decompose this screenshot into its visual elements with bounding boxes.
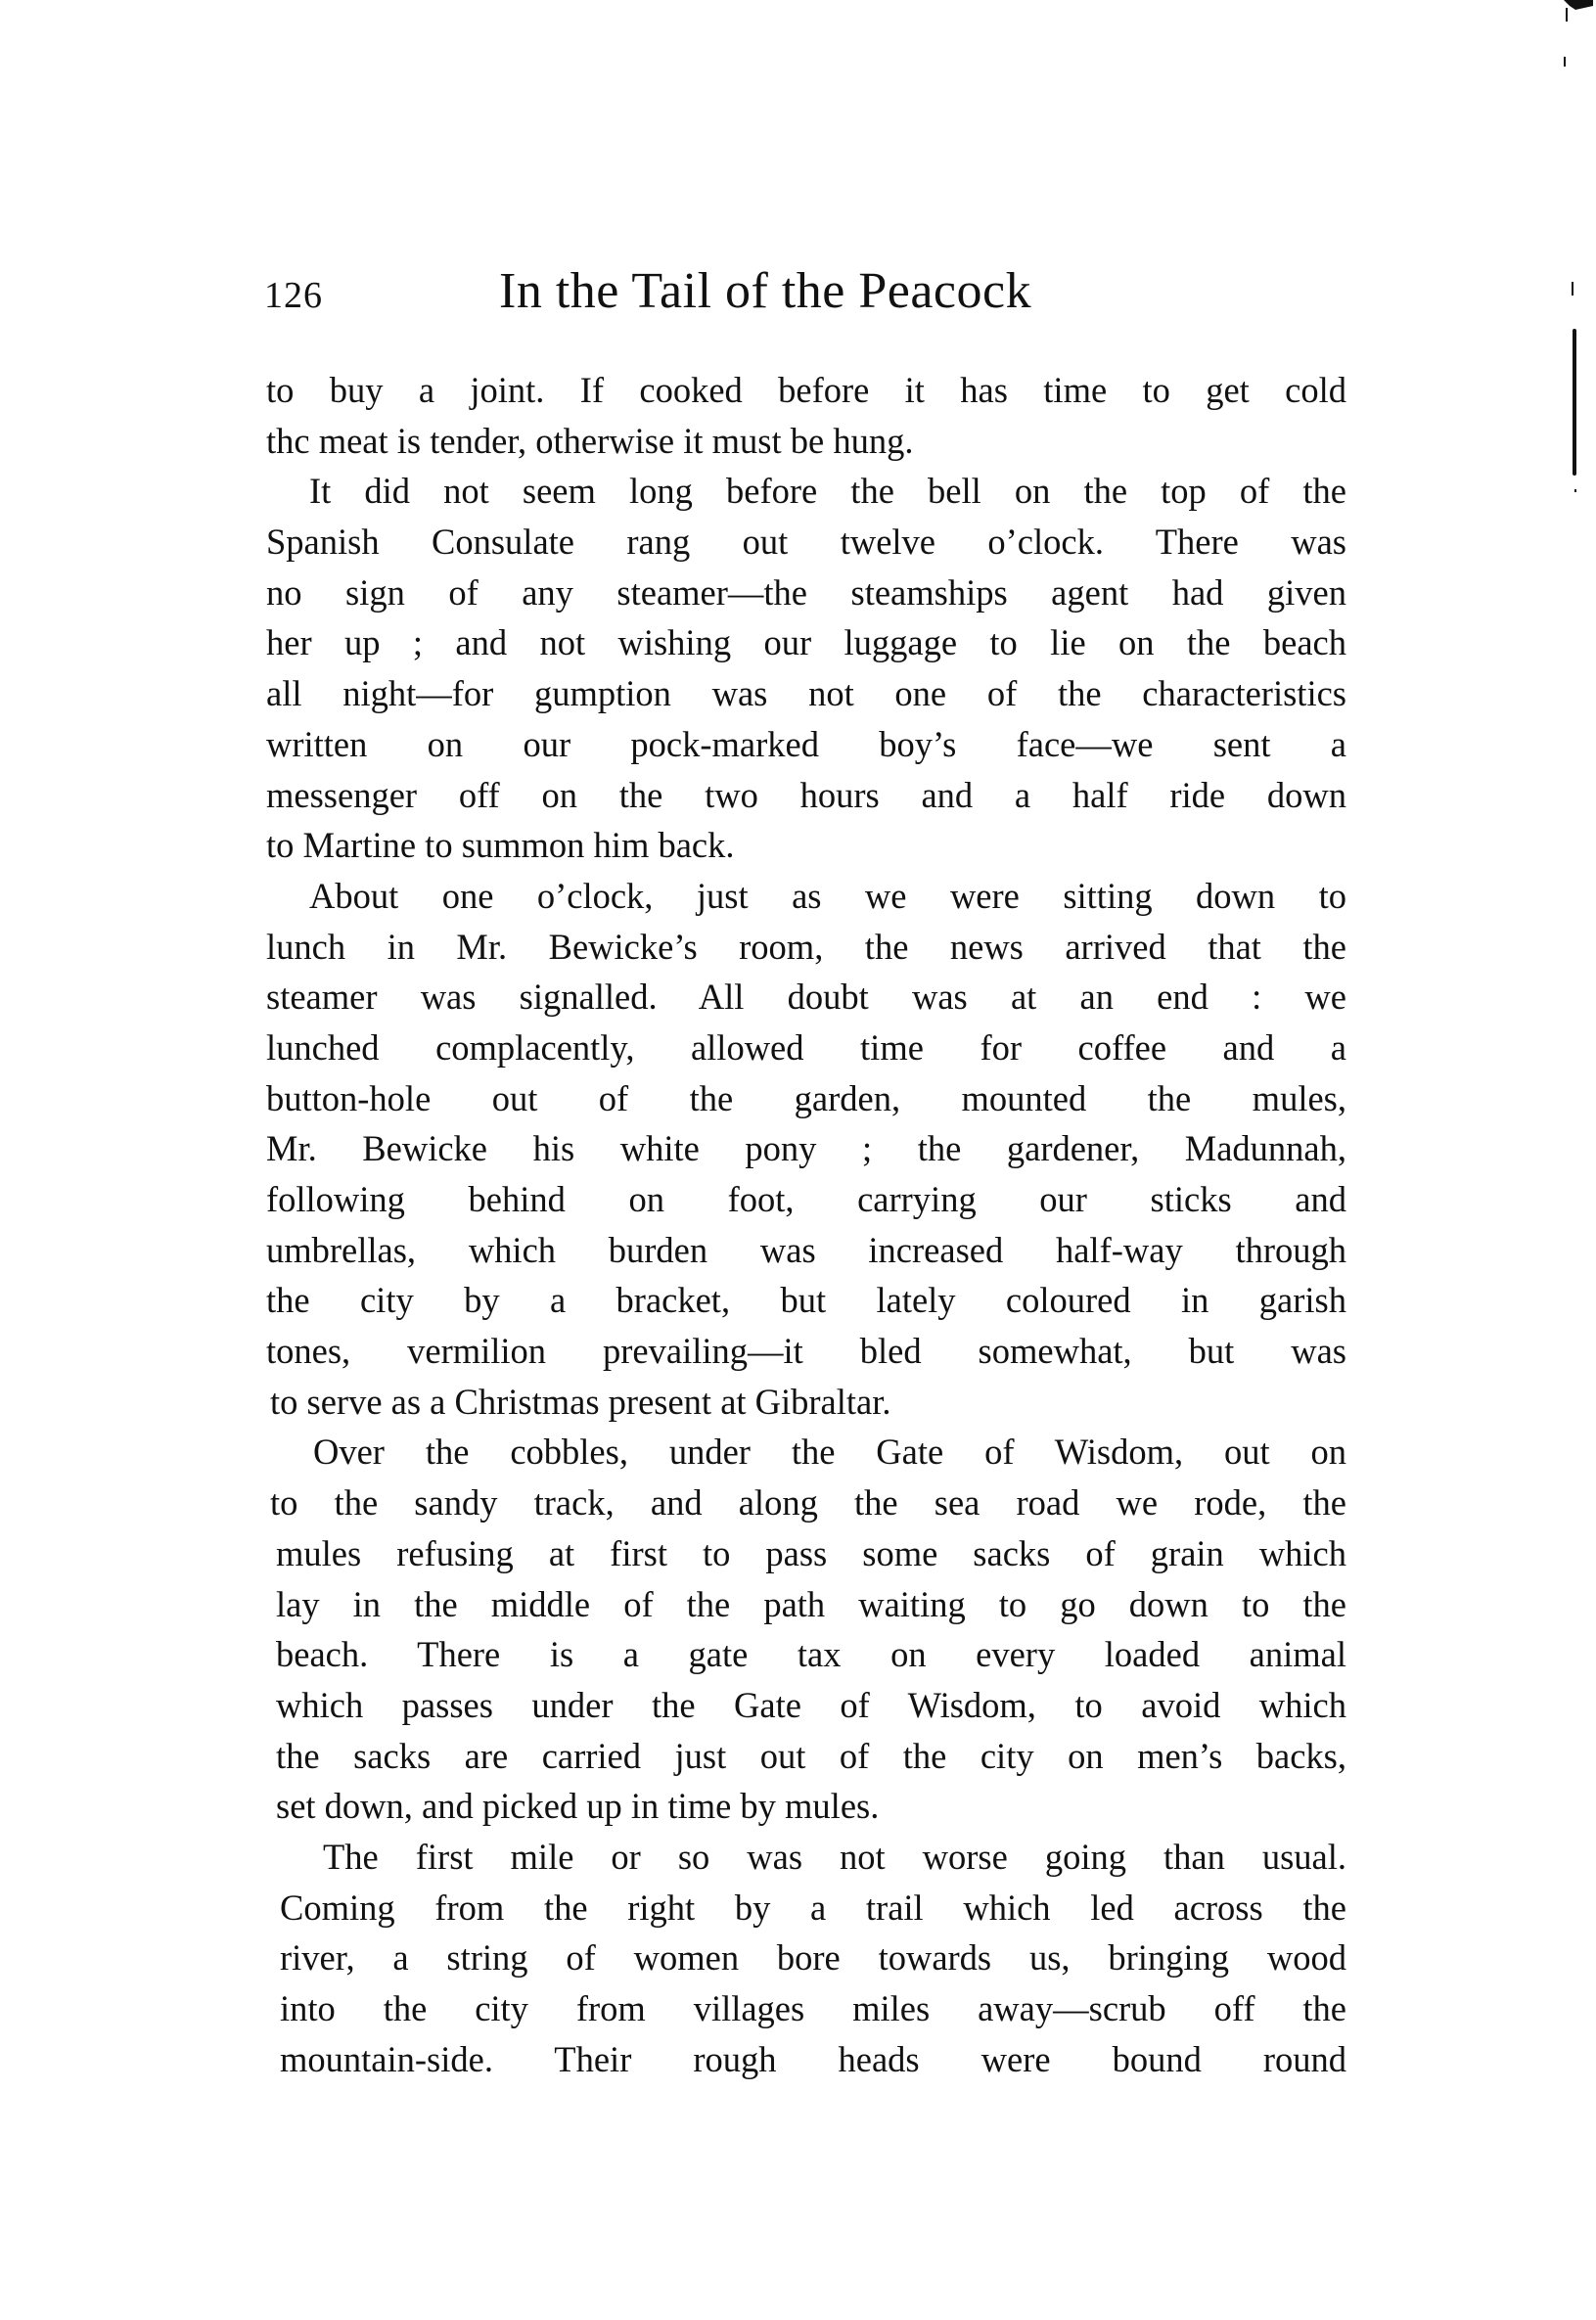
text-line: the city by a bracket, but lately colour… [266,1275,1346,1326]
scan-artifact-mark [1572,282,1573,296]
book-page: 126 In the Tail of the Peacock to buy a … [0,0,1596,2320]
text-line: following behind on foot, carrying our s… [266,1174,1346,1225]
text-line: river, a string of women bore towards us… [280,1933,1346,1983]
text-line: mountain-side. Their rough heads were bo… [280,2034,1346,2085]
paragraph-start-line: Over the cobbles, under the Gate of Wisd… [270,1427,1346,1478]
text-line: set down, and picked up in time by mules… [276,1781,1346,1832]
scan-artifact-mark [1564,57,1566,67]
text-line: to buy a joint. If cooked before it has … [266,365,1346,416]
body-text: to buy a joint. If cooked before it has … [266,365,1346,2084]
text-line: lunch in Mr. Bewicke’s room, the news ar… [266,922,1346,973]
scan-artifact-mark [1564,0,1593,10]
text-line: thc meat is tender, otherwise it must be… [266,416,1346,467]
page-number: 126 [264,274,323,317]
text-line: to the sandy track, and along the sea ro… [270,1478,1346,1528]
text-line: lay in the middle of the path waiting to… [276,1579,1346,1630]
text-line: all night—for gumption was not one of th… [266,668,1346,719]
text-line: lunched complacently, allowed time for c… [266,1023,1346,1073]
scan-artifact-bar [1573,329,1576,476]
running-head: 126 In the Tail of the Peacock [264,262,1350,321]
text-line: beach. There is a gate tax on every load… [276,1629,1346,1680]
text-line: which passes under the Gate of Wisdom, t… [276,1680,1346,1731]
text-line: Coming from the right by a trail which l… [280,1883,1346,1933]
text-line: her up ; and not wishing our luggage to … [266,617,1346,668]
running-title: In the Tail of the Peacock [499,262,1031,320]
text-line: into the city from villages miles away—s… [280,1983,1346,2034]
text-line: steamer was signalled. All doubt was at … [266,972,1346,1023]
text-line: mules refusing at first to pass some sac… [276,1528,1346,1579]
text-line: umbrellas, which burden was increased ha… [266,1225,1346,1276]
text-line: to Martine to summon him back. [266,820,1346,871]
text-line: written on our pock-marked boy’s face—we… [266,719,1346,770]
text-line: Spanish Consulate rang out twelve o’cloc… [266,517,1346,568]
text-line: to serve as a Christmas present at Gibra… [270,1377,1346,1428]
scan-artifact-mark [1566,8,1568,22]
text-line: the sacks are carried just out of the ci… [276,1731,1346,1782]
paragraph-start-line: It did not seem long before the bell on … [266,466,1346,517]
paragraph-start-line: About one o’clock, just as we were sitti… [266,871,1346,922]
text-line: tones, vermilion prevailing—it bled some… [266,1326,1346,1377]
text-line: Mr. Bewicke his white pony ; the gardene… [266,1123,1346,1174]
text-line: button-hole out of the garden, mounted t… [266,1073,1346,1124]
text-line: messenger off on the two hours and a hal… [266,770,1346,821]
scan-artifact-mark [1574,489,1576,492]
paragraph-start-line: The first mile or so was not worse going… [280,1832,1346,1883]
text-line: no sign of any steamer—the steamships ag… [266,568,1346,618]
